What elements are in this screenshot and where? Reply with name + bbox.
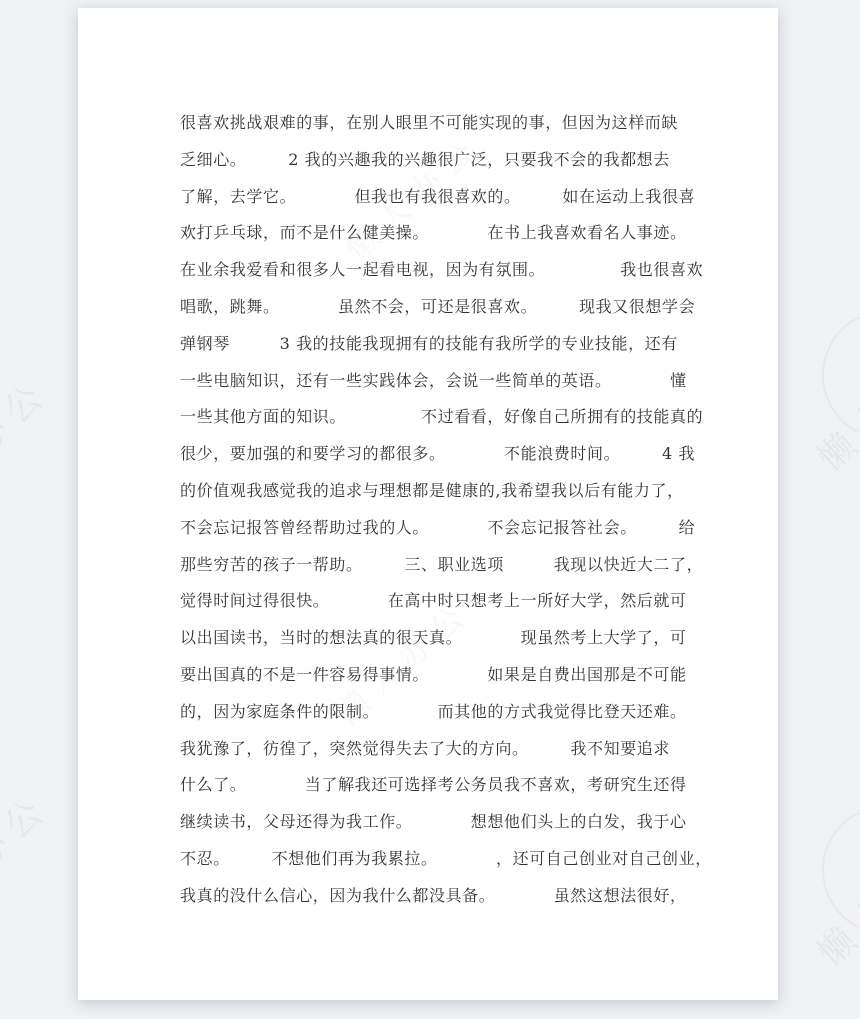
watermark-right-bottom: 懒人办公: [805, 815, 860, 976]
text-line: 不忍。 不想他们再为我累拉。 ，还可自己创业对自己创业，: [180, 841, 686, 878]
text-line: 的，因为家庭条件的限制。 而其他的方式我觉得比登天还难。: [180, 694, 686, 731]
text-line: 欢打乒乓球，而不是什么健美操。 在书上我喜欢看名人事迹。: [180, 215, 686, 252]
text-line: 继续读书，父母还得为我工作。 想想他们头上的白发，我于心: [180, 804, 686, 841]
watermark-right-top: 懒人办公: [805, 320, 860, 481]
document-text: 很喜欢挑战艰难的事，在别人眼里不可能实现的事，但因为这样而缺乏细心。 2 我的兴…: [180, 105, 686, 915]
text-line: 以出国读书，当时的想法真的很天真。 现虽然考上大学了，可: [180, 620, 686, 657]
watermark-left-bottom: 懒人办公: [0, 780, 59, 941]
text-line: 我犹豫了，彷徨了，突然觉得失去了大的方向。 我不知要追求: [180, 731, 686, 768]
text-line: 在业余我爱看和很多人一起看电视，因为有氛围。 我也很喜欢: [180, 252, 686, 289]
text-line: 我真的没什么信心，因为我什么都没具备。 虽然这想法很好，: [180, 878, 686, 915]
watermark-stamp-circle: [822, 310, 860, 440]
text-line: 一些其他方面的知识。 不过看看，好像自己所拥有的技能真的: [180, 399, 686, 436]
text-line: 觉得时间过得很快。 在高中时只想考上一所好大学，然后就可: [180, 583, 686, 620]
watermark-stamp-circle: [822, 805, 860, 935]
text-line: 要出国真的不是一件容易得事情。 如果是自费出国那是不可能: [180, 657, 686, 694]
text-line: 不会忘记报答曾经帮助过我的人。 不会忘记报答社会。 给: [180, 510, 686, 547]
watermark-left-top: 懒人办公: [0, 365, 59, 526]
text-line: 那些穷苦的孩子一帮助。 三、职业选项 我现以快近大二了，: [180, 547, 686, 584]
text-line: 乏细心。 2 我的兴趣我的兴趣很广泛，只要我不会的我都想去: [180, 142, 686, 179]
document-viewer-background: 懒人办公 懒人办公 懒人办公 懒人办公 懒人办公 懒人办公 很喜欢挑战艰难的事，…: [0, 0, 860, 1019]
text-line: 弹钢琴 3 我的技能我现拥有的技能有我所学的专业技能，还有: [180, 326, 686, 363]
document-page: 懒人办公 懒人办公 很喜欢挑战艰难的事，在别人眼里不可能实现的事，但因为这样而缺…: [78, 8, 778, 1000]
text-line: 什么了。 当了解我还可选择考公务员我不喜欢，考研究生还得: [180, 767, 686, 804]
text-line: 很少，要加强的和要学习的都很多。 不能浪费时间。 4 我: [180, 436, 686, 473]
text-line: 唱歌，跳舞。 虽然不会，可还是很喜欢。 现我又很想学会: [180, 289, 686, 326]
text-line: 一些电脑知识，还有一些实践体会，会说一些简单的英语。 懂: [180, 363, 686, 400]
text-line: 了解，去学它。 但我也有我很喜欢的。 如在运动上我很喜: [180, 179, 686, 216]
text-line: 很喜欢挑战艰难的事，在别人眼里不可能实现的事，但因为这样而缺: [180, 105, 686, 142]
text-line: 的价值观我感觉我的追求与理想都是健康的,我希望我以后有能力了，: [180, 473, 686, 510]
